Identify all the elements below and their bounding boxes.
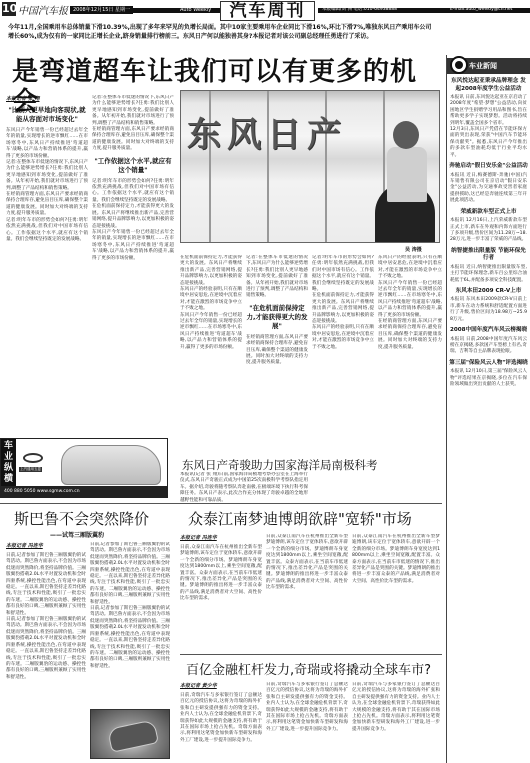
sidebar-item: 荣威新款车型正式上市 本报讯 12月16日,上汽荣威新款车型正式上市,新车在外观… [447,209,530,244]
section-divider [0,503,442,504]
chery-col-3: 日前,奇瑞汽车与多家银行签订了总额达百亿元的授信协议,这将为奇瑞的海外扩张和自主… [352,682,440,760]
main-photo: 东风日产 [180,90,440,243]
zhongtai-col-2: 日前,众泰江南汽车在杭州推出全新车型梦迪博朗,该车定位于宽体轿车,意欲开辟一个全… [266,534,348,634]
sidebar-item-title: 第三届"保险风云人物"评选揭晓 [449,360,528,368]
main-paragraph: 东风日产今年销售一份已经超过去年全年的销量,实现增长的逆市飘红……在市场寒冬中,… [92,230,174,262]
article-paragraph: 日前,众泰江南汽车在杭州推出全新车型梦迪博朗,该车定位于宽体轿车,意欲开辟一个全… [266,534,348,592]
main-paragraph: 东风日产的经验表明,只有在顺境中居安思危,在逆境中沉着应对,才能在激烈的市场竞争… [378,255,442,281]
main-paragraph: 在经销商管理方面,东风日产要求经销商保持合理库存,避免盲目压库,确保整个渠道的健… [246,335,308,367]
paper-name: 中国汽车报 [18,2,68,17]
sidebar-item-title: 荣威新款车型正式上市 [449,209,528,217]
main-paragraph: 东风日产今年销售一份已经超过去年全年的销量,实现增长的逆市飘红……在市场寒冬中,… [378,281,442,319]
article-paragraph: 本报讯(记者 张 翔)日前,国家海洋局极地考察办公室在上海举行仪式,东风日产奇骏… [180,472,308,502]
main-paragraph: 东风日产的经验表明,只有在顺境中居安思危,在逆境中沉着应对,才能在激烈的市场竞争… [180,287,242,313]
main-article-col-5: 记者:明年车市的形势会如何?任勇:明年依然充满挑战,但我们对中国市场有信心。工作… [312,255,374,460]
sidebar-item: 12月3日,东风日产凭借在节能环保方面的突出表现,荣获"中国汽车节能环保贡献奖"… [447,127,530,159]
article-paragraph: 日前,奇瑞汽车与多家银行签订了总额达百亿元的授信协议,这将为奇瑞的海外扩张和自主… [352,682,440,733]
article-paragraph: 日前,奇瑞汽车与多家银行签订了总额达百亿元的授信协议,这将为奇瑞的海外扩张和自主… [266,682,348,733]
main-article-col-1: 本报记者 张 翔 "比别人更早地向客现状,就能从容面对市场变化" 东风日产今年销… [6,95,88,435]
main-paragraph: 在危机面前保持定力,才能获得更大的发展。东风日产将继续推出新产品,完善营销网络,… [312,293,374,325]
sidebar-item-text: 本报讯 近日,纳智捷推出限量版车型,主打节能环保理念,新车百公里综合油耗低于6L… [447,265,530,284]
subaru-subhead: ——试驾三厢版翼豹 [50,530,104,539]
sidebar-item-text: 本报讯 日前,2008中国年度汽车风云榜在京揭晓,多款国产车型榜上有名,奇瑞、吉… [447,337,530,356]
photo-credit: 吴 涛摄 [405,246,422,253]
chery-col-1: 本报记者 黄少华 日前,奇瑞汽车与多家银行签订了总额达百亿元的授信协议,这将为奇… [180,682,262,760]
main-paragraph: 东风日产今年销售一份已经超过去年全年的销量,实现增长的逆市飘红……在市场寒冬中,… [6,128,88,160]
zhongtai-col-3: 日前,众泰江南汽车在杭州推出全新车型梦迪博朗,该车定位于宽体轿车,意欲开辟一个全… [352,534,440,634]
main-paragraph: 记者:在整体车市低迷的情况下,东风日产为什么能够逆势增长?任勇:我们比别人更早地… [92,95,174,127]
sidebar-item: 东风悦达起亚秉承品牌理念 发起2008年度学生公益活动 本报讯 日前,东风悦达起… [447,78,530,127]
main-subhead-2: "工作依据这个水平,就应有这个销量" [92,157,174,175]
zhongtai-byline: 本报记者 冯连华 [180,534,262,541]
main-article-col-3: 在危机面前保持定力,才能获得更大的发展。东风日产将继续推出新产品,完善营销网络,… [180,255,242,415]
main-paragraph: 记者:在整体车市低迷的情况下,东风日产为什么能够逆势增长?任勇:我们比别人更早地… [6,160,88,192]
article-paragraph: 日前,记者参加了斯巴鲁三厢版翼豹的试驾活动。斯巴鲁方面表示,不会因为市场低迷而突… [90,606,170,670]
van-image [61,445,161,485]
chery-col-2: 日前,奇瑞汽车与多家银行签订了总额达百亿元的授信协议,这将为奇瑞的海外扩张和自主… [266,682,348,760]
subaru-byline: 本报记者 冯连华 [6,542,86,549]
ad-brand-name: 上汽通用五菱 [19,467,42,472]
article-paragraph: 日前,众泰江南汽车在杭州推出全新车型梦迪博朗,该车定位于宽体轿车,意欲开辟一个全… [352,534,440,585]
main-paragraph: 在经销商管理方面,东风日产要求经销商保持合理库存,避免盲目压库,确保整个渠道的健… [378,319,442,351]
subaru-headline: 斯巴鲁不会突然降价 [14,510,149,528]
page-number: 10 [2,2,16,16]
subaru-col-1: 本报记者 冯连华 日前,记者参加了斯巴鲁三厢版翼豹的试驾活动。斯巴鲁方面表示,不… [6,542,86,760]
main-article-col-2: 记者:在整体车市低迷的情况下,东风日产为什么能够逆势增长?任勇:我们比别人更早地… [92,95,174,435]
main-paragraph: 记者:明年车市的形势会如何?任勇:明年依然充满挑战,但我们对中国市场有信心。工作… [312,255,374,293]
main-paragraph: 东风日产的经验表明,只有在顺境中居安思危,在逆境中沉着应对,才能在激烈的市场竞争… [312,325,374,351]
main-paragraph: 在危机面前保持定力,才能获得更大的发展。东风日产将继续推出新产品,完善营销网络,… [92,204,174,230]
section-title: 汽车周刊 [220,1,315,21]
editor-contact: 本版编辑/刘 洲 电话:010-64938888 [322,6,397,14]
globe-icon [450,56,468,74]
sidebar-header: 车业新闻 [447,58,530,74]
article-paragraph: 日前,记者参加了斯巴鲁三厢版翼豹的试驾活动。斯巴鲁方面表示,不会因为市场低迷而突… [6,617,86,681]
main-byline: 本报记者 张 翔 [6,95,88,102]
article-paragraph: 日前,众泰江南汽车在杭州推出全新车型梦迪博朗,该车定位于宽体轿车,意欲开辟一个全… [180,545,262,603]
main-article-col-4: 记者:在整体车市低迷的情况下,东风日产为什么能够逆势增长?任勇:我们比别人更早地… [246,255,308,415]
main-paragraph: 记者:在整体车市低迷的情况下,东风日产为什么能够逆势增长?任勇:我们比别人更早地… [246,255,308,300]
main-paragraph: 在危机面前保持定力,才能获得更大的发展。东风日产将继续推出新产品,完善营销网络,… [180,255,242,287]
main-paragraph: 在经销商管理方面,东风日产要求经销商保持合理库存,避免盲目压库,确保整个渠道的健… [6,192,88,218]
news-sidebar: 车业新闻 东风悦达起亚秉承品牌理念 发起2008年度学生公益活动 本报讯 日前,… [446,55,530,763]
subaru-col-2: 日前,记者参加了斯巴鲁三厢版翼豹的试驾活动。斯巴鲁方面表示,不会因为市场低迷而突… [90,542,170,707]
sidebar-item-title: 2008中国年度汽车风云榜揭晓 [449,327,528,335]
sidebar-item: 纳智捷推出限量版 节能环保先行者 本报讯 近日,纳智捷推出限量版车型,主打节能环… [447,248,530,284]
article-paragraph: 日前,奇瑞汽车与多家银行签订了总额达百亿元的授信协议,这将为奇瑞的海外扩张和自主… [180,693,262,744]
chery-headline: 百亿金融杠杆发力,奇瑞或将撬动全球车市? [186,662,431,680]
sidebar-item-title: 奔驰启动"假日安乐金"公益活动 [449,163,528,171]
weekly-label-en: Auto Weekly [180,6,211,14]
sidebar-item-text: 本报讯 12月10日,第三届"保险风云人物"评选结果在京揭晓,多位在汽车保险领域… [447,369,530,388]
main-subhead-1: "比别人更早地向客现状,就能从容面对市场变化" [6,106,88,124]
zhongtai-col-1: 本报记者 冯连华 日前,众泰江南汽车在杭州推出全新车型梦迪博朗,该车定位于宽体轿… [180,534,262,634]
sidebar-item-title: 纳智捷推出限量版 节能环保先行者 [449,248,528,263]
car-photo [90,709,170,759]
sidebar-item-text: 本报讯 近日,梅赛德斯-奔驰(中国)汽车销售有限公司在京启动"假日安乐金"公益活… [447,173,530,205]
main-paragraph: 记者:明年车市的形势会如何?任勇:明年依然充满挑战,但我们对中国市场有信心。工作… [6,218,88,244]
sidebar-item: 东风本田2009 CR-V上市 本报讯 东风本田2009款CR-V日前上市,新车… [447,288,530,323]
masthead: 10 中国汽车报 2008年12月15日 星期一 Auto Weekly 汽车周… [0,0,530,22]
photo-child-figure [381,121,436,243]
main-paragraph: 东风日产今年销售一份已经超过去年全年的销量,实现增长的逆市飘红……在市场寒冬中,… [180,313,242,351]
ad-contact: 400 880 5050 www.sgmw.com.cn [1,486,168,497]
chery-byline: 本报记者 黄少华 [180,682,262,689]
sidebar-item-title: 东风悦达起亚秉承品牌理念 发起2008年度学生公益活动 [449,78,528,93]
advertisement[interactable]: 车业纵横 上汽通用五菱 400 880 5050 www.sgmw.com.cn [0,438,168,498]
editor-email: E-mail:auto_weekly@cn.net [450,6,512,14]
main-paragraph: 记者:明年车市的形势会如何?任勇:明年依然充满挑战,但我们对中国市场有信心。工作… [92,179,174,205]
sidebar-item: 奔驰启动"假日安乐金"公益活动 本报讯 近日,梅赛德斯-奔驰(中国)汽车销售有限… [447,163,530,205]
main-subhead-3: "在危机面前保持定力,才能获得更大的发展" [246,304,308,331]
photo-sign-text: 东风日产 [187,107,347,156]
main-paragraph: 在经销商管理方面,东风日产要求经销商保持合理库存,避免盲目压库,确保整个渠道的健… [92,127,174,153]
issue-date: 2008年12月15日 星期一 [70,6,133,14]
sidebar-header-label: 车业新闻 [469,62,497,70]
sidebar-item-text: 本报讯 东风本田2009款CR-V日前上市,新车在动力系统和舒适配置方面进行了升… [447,297,530,323]
sidebar-item: 2008中国年度汽车风云榜揭晓 本报讯 日前,2008中国年度汽车风云榜在京揭晓… [447,327,530,356]
article-paragraph: 日前,记者参加了斯巴鲁三厢版翼豹的试驾活动。斯巴鲁方面表示,不会因为市场低迷而突… [90,542,170,606]
main-article-lead: 今年11月,全国乘用车总体销量下滑10.39%,出现了多年来罕见的负增长局面。其… [8,23,436,41]
main-article-col-6: 东风日产的经验表明,只有在顺境中居安思危,在逆境中沉着应对,才能在激烈的市场竞争… [378,255,442,500]
dongfeng-antarctic-body: 本报讯(记者 张 翔)日前,国家海洋局极地考察办公室在上海举行仪式,东风日产奇骏… [180,472,308,502]
zhongtai-headline: 众泰江南梦迪博朗欲辟"宽轿"市场 [188,510,412,528]
ad-vertical-label: 车业纵横 [1,439,16,487]
article-paragraph: 日前,记者参加了斯巴鲁三厢版翼豹的试驾活动。斯巴鲁方面表示,不会因为市场低迷而突… [6,553,86,617]
sidebar-item-title: 东风本田2009 CR-V上市 [449,288,528,296]
sidebar-item-text: 12月3日,东风日产凭借在节能环保方面的突出表现,荣获"中国汽车节能环保贡献奖"… [447,127,530,159]
sidebar-item: 第三届"保险风云人物"评选揭晓 本报讯 12月10日,第三届"保险风云人物"评选… [447,360,530,389]
sidebar-item-text: 本报讯 12月16日,上汽荣威新款车型正式上市,新车在外观和内饰方面进行了多项升… [447,218,530,244]
brand-logo-icon [23,453,43,463]
section-divider [180,654,442,655]
sidebar-item-text: 本报讯 日前,东风悦达起亚在京启动了2008年度"希望·梦想"公益活动,向贫困地… [447,95,530,127]
